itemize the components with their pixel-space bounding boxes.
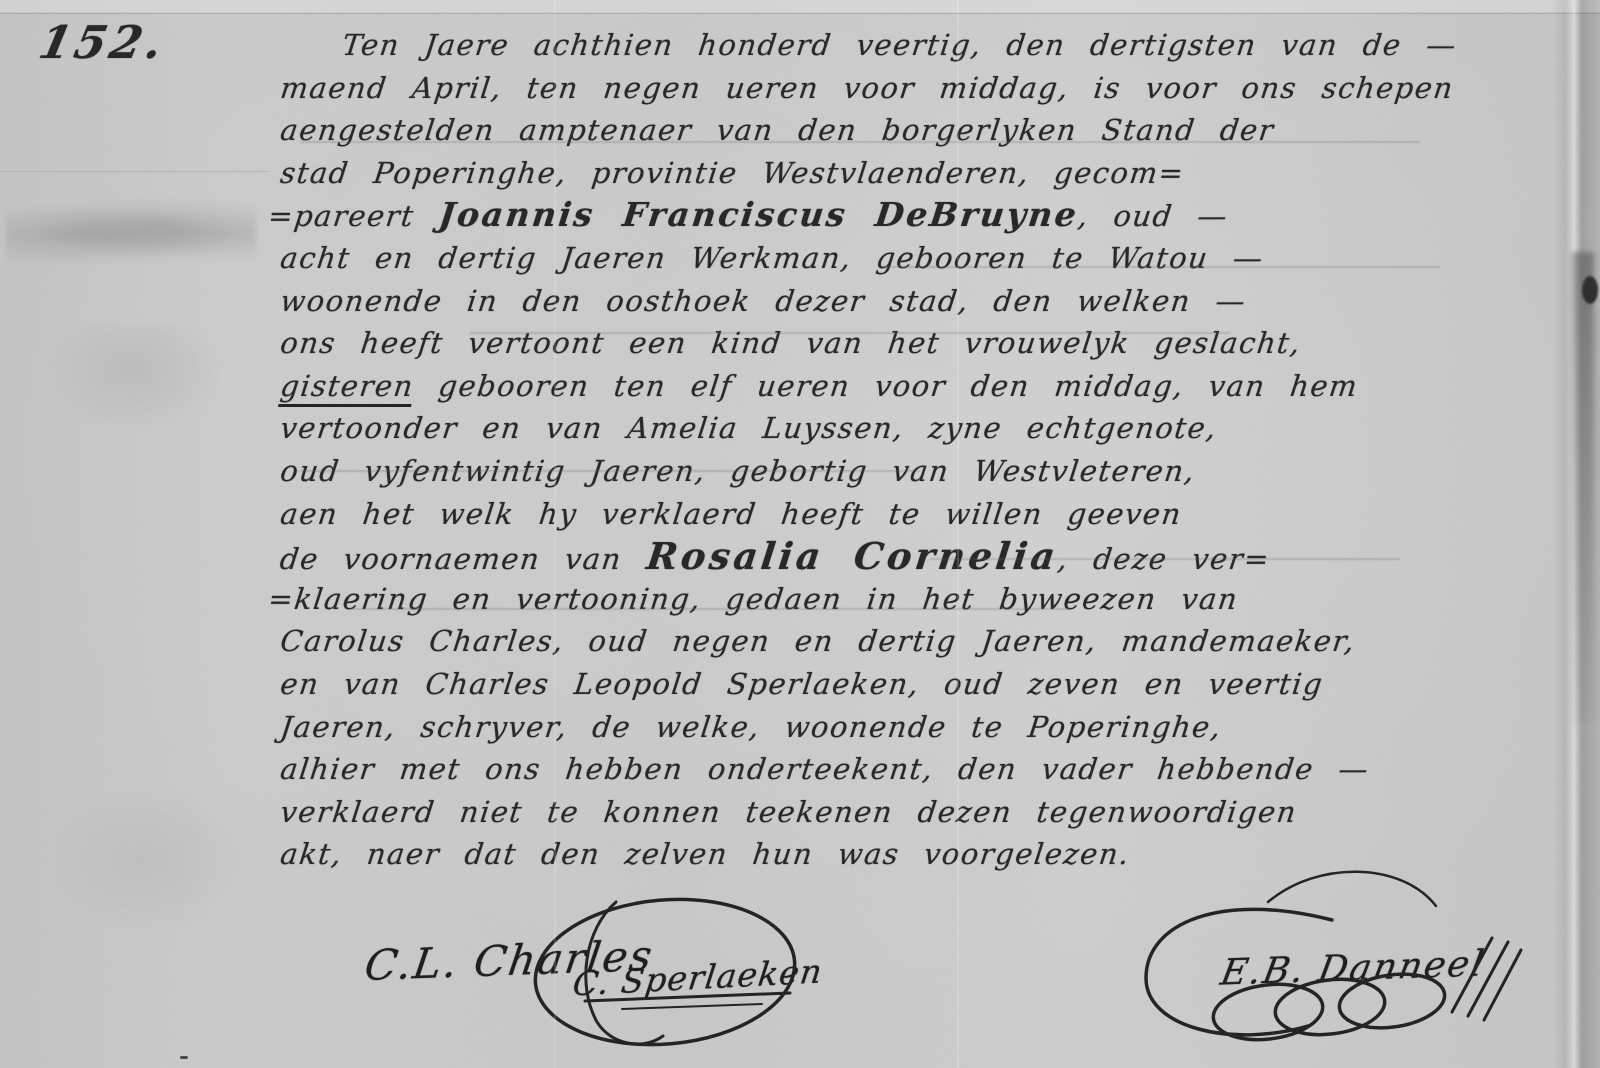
- body-line-19: verklaerd niet te konnen teekenen dezen …: [278, 791, 1573, 834]
- body-line-18: alhier met ons hebben onderteekent, den …: [278, 748, 1573, 791]
- body-line-06: acht en dertig Jaeren Werkman, gebooren …: [278, 237, 1573, 280]
- body-line-14: =klaering en vertooning, gedaen in het b…: [266, 578, 1573, 621]
- ink-bleedthrough-smudge: [40, 326, 230, 436]
- scan-top-band: [0, 0, 1600, 12]
- body-line-09-rest: gebooren ten elf ueren voor den middag, …: [412, 369, 1360, 403]
- signature-danneel: E.B. Danneel: [1217, 943, 1488, 993]
- ink-speck: [180, 1056, 188, 1059]
- body-line-03: aengestelden amptenaer van den borgerlyk…: [278, 109, 1573, 152]
- body-line-16: en van Charles Leopold Sperlaeken, oud z…: [278, 663, 1573, 706]
- ink-bleedthrough-smudge: [6, 200, 256, 264]
- body-line-05: =pareert Joannis Franciscus DeBruyne, ou…: [266, 194, 1573, 237]
- body-line-12: aen het welk hy verklaerd heeft te wille…: [278, 493, 1573, 536]
- binding-ink-blob: [1582, 276, 1598, 304]
- body-line-07: woonende in den oosthoek dezer stad, den…: [278, 280, 1573, 323]
- body-line-02: maend April, ten negen ueren voor middag…: [278, 67, 1573, 110]
- act-body: Ten Jaere achthien honderd veertig, den …: [278, 24, 1568, 876]
- body-line-11: oud vyfentwintig Jaeren, gebortig van We…: [278, 450, 1573, 493]
- body-line-05-post: , oud —: [1076, 199, 1230, 233]
- body-line-08: ons heeft vertoont een kind van het vrou…: [278, 322, 1573, 365]
- underlined-word: gisteren: [278, 369, 416, 407]
- body-line-13-pre: de voornaemen van: [278, 542, 649, 576]
- body-line-15: Carolus Charles, oud negen en dertig Jae…: [278, 620, 1573, 663]
- record-number: 152.: [34, 16, 171, 69]
- child-name: Rosalia Cornelia: [644, 534, 1061, 578]
- body-line-04: stad Poperinghe, provintie Westvlaendere…: [278, 152, 1573, 195]
- body-line-17: Jaeren, schryver, de welke, woonende te …: [278, 706, 1573, 749]
- ink-bleedthrough-smudge: [60, 780, 260, 940]
- scan-top-crease: [0, 13, 1600, 14]
- body-line-05-pre: =pareert: [266, 199, 441, 233]
- body-line-13: de voornaemen van Rosalia Cornelia, deze…: [278, 535, 1573, 578]
- scan-left-crease: [0, 171, 268, 172]
- binding-ink-streak: [1572, 252, 1594, 722]
- document-page: 152. Ten Jaere achthien honderd veertig,…: [0, 0, 1600, 1068]
- body-line-13-post: , deze ver=: [1056, 542, 1272, 576]
- body-line-10: vertoonder en van Amelia Luyssen, zyne e…: [278, 407, 1573, 450]
- body-line-20: akt, naer dat den zelven hun was voorgel…: [278, 833, 1573, 876]
- body-line-01: Ten Jaere achthien honderd veertig, den …: [278, 24, 1573, 67]
- body-line-09: gisteren gebooren ten elf ueren voor den…: [278, 365, 1573, 408]
- father-name: Joannis Franciscus DeBruyne: [437, 195, 1081, 234]
